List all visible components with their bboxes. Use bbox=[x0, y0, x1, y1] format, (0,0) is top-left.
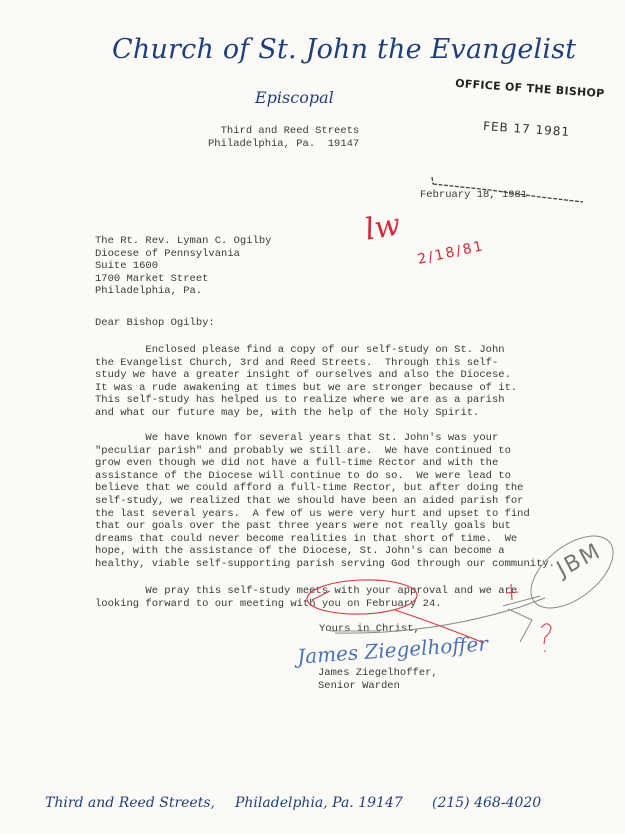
salutation: Dear Bishop Ogilby: bbox=[95, 317, 215, 330]
body-line: We have known for several years that St.… bbox=[95, 432, 498, 444]
letterhead-subtitle: Episcopal bbox=[255, 88, 334, 107]
body-line: grow even though we did not have a full-… bbox=[95, 457, 498, 469]
letter-date: February 18, 1981 bbox=[420, 189, 527, 201]
received-stamp-date: FEB 17 1981 bbox=[483, 119, 571, 139]
body-line: that our goals over the past three years… bbox=[95, 520, 511, 532]
letterhead-title: Church of St. John the Evangelist bbox=[112, 34, 576, 65]
body-line: study we have a greater insight of ourse… bbox=[95, 369, 511, 381]
red-handwritten-date: 2/18/81 bbox=[416, 238, 486, 268]
footer-street: Third and Reed Streets, bbox=[45, 795, 215, 811]
closing: Yours in Christ, bbox=[319, 623, 420, 636]
recipient-address: The Rt. Rev. Lyman C. Ogilby Diocese of … bbox=[95, 235, 271, 298]
body-line: It was a rude awakening at times but we … bbox=[95, 382, 517, 394]
signer-title: Senior Warden bbox=[318, 680, 400, 692]
received-stamp-office: OFFICE OF THE BISHOP bbox=[455, 77, 605, 100]
address-line-1: Third and Reed Streets bbox=[221, 125, 360, 137]
body-paragraph-3: We pray this self-study meets with your … bbox=[95, 585, 517, 610]
body-line: Enclosed please find a copy of our self-… bbox=[95, 344, 505, 356]
recipient-line: Philadelphia, Pa. bbox=[95, 285, 202, 297]
body-line: assistance of the Diocese will continue … bbox=[95, 470, 511, 482]
body-paragraph-1: Enclosed please find a copy of our self-… bbox=[95, 344, 517, 420]
letter-page: Church of St. John the Evangelist Episco… bbox=[0, 0, 625, 834]
address-line-2: Philadelphia, Pa. 19147 bbox=[208, 138, 359, 150]
recipient-line: Diocese of Pennsylvania bbox=[95, 248, 240, 260]
footer-phone: (215) 468-4020 bbox=[432, 795, 541, 811]
body-line: the Evangelist Church, 3rd and Reed Stre… bbox=[95, 357, 498, 369]
pencil-initials: JBM bbox=[553, 539, 606, 583]
body-line: hope, with the assistance of the Diocese… bbox=[95, 545, 505, 557]
recipient-line: Suite 1600 bbox=[95, 260, 158, 272]
body-line: the last several years. A few of us were… bbox=[95, 508, 530, 520]
handwritten-signature: James Ziegelhoffer bbox=[296, 631, 488, 668]
body-line: and what our future may be, with the hel… bbox=[95, 407, 479, 419]
body-line: We pray this self-study meets with your … bbox=[95, 585, 517, 597]
red-handwritten-initial: lw bbox=[362, 207, 403, 248]
footer-city: Philadelphia, Pa. 19147 bbox=[235, 795, 403, 811]
signer-name: James Ziegelhoffer, bbox=[318, 667, 438, 679]
letterhead-address: Third and Reed Streets Philadelphia, Pa.… bbox=[208, 125, 359, 151]
recipient-line: The Rt. Rev. Lyman C. Ogilby bbox=[95, 235, 271, 247]
body-line: looking forward to our meeting with you … bbox=[95, 598, 442, 610]
body-line: healthy, viable self-supporting parish s… bbox=[95, 558, 555, 570]
body-line: believe that we could afford a full-time… bbox=[95, 482, 523, 494]
signer-block: James Ziegelhoffer, Senior Warden bbox=[318, 667, 438, 692]
body-line: dreams that could never become realities… bbox=[95, 533, 517, 545]
recipient-line: 1700 Market Street bbox=[95, 273, 208, 285]
body-line: "peculiar parish" and probably we still … bbox=[95, 445, 511, 457]
body-paragraph-2: We have known for several years that St.… bbox=[95, 432, 555, 571]
body-line: This self-study has helped us to realize… bbox=[95, 394, 505, 406]
body-line: self-study, we realized that we should h… bbox=[95, 495, 523, 507]
